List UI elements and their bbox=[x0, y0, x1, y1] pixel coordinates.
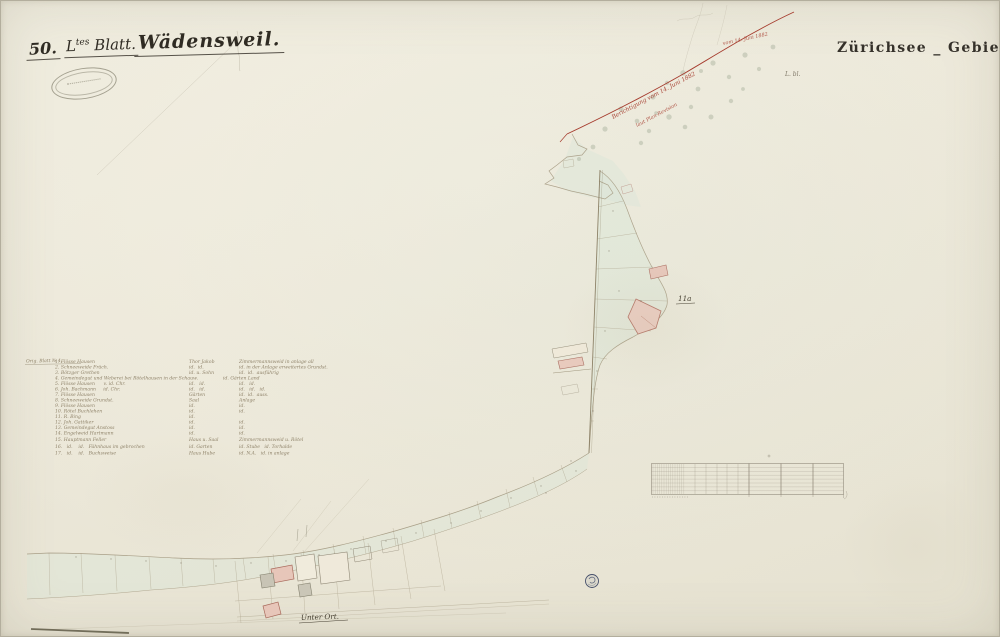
legend-row-right: id. bbox=[239, 409, 245, 415]
legend-row-name: 9. Flösse Hausen bbox=[55, 403, 95, 409]
region-title-text: Zürichsee _ Gebiet № bbox=[837, 40, 1000, 56]
parcel-label-11a: 11a bbox=[678, 294, 691, 303]
legend-row-right: id. bbox=[239, 425, 245, 431]
legend-row-right: id. in der Anlage erweitertes Grundst. bbox=[239, 365, 328, 371]
seal-stamp-icon bbox=[586, 575, 599, 588]
legend-list: Orig. Blatt № 4. 1. Flösse HausenThor Ja… bbox=[25, 358, 328, 457]
legend-row-mid: Haus u. Saal bbox=[188, 437, 219, 443]
legend-row-right: Zimmermannsweid in anlage all bbox=[238, 359, 314, 365]
red-correction-date-note: vom 14. Juni 1882 bbox=[722, 32, 768, 47]
series-superscript: tes bbox=[76, 37, 90, 47]
region-title: Zürichsee _ Gebiet №4. bbox=[837, 33, 1000, 57]
legend-row-mid: Thor Jakob bbox=[189, 359, 215, 365]
legend-row-mid: id. id. bbox=[189, 387, 206, 393]
legend-row-mid: id. bbox=[189, 403, 195, 409]
legend-row-right: id. bbox=[239, 431, 245, 437]
series-initial: L bbox=[66, 37, 77, 55]
series-rest: Blatt. bbox=[89, 35, 136, 55]
legend-row-mid: Saal bbox=[189, 398, 200, 404]
legend-row-right: id. id. auss. bbox=[239, 392, 269, 398]
legend-row-name: 8. Schneeweide Grundst. bbox=[55, 398, 114, 404]
legend-row-name: 5. Flösse Hausen v. id. Chr. bbox=[55, 381, 126, 387]
legend-row-name: 10. Rötel Buchlehen bbox=[55, 409, 102, 415]
sheet-series-label: Ltes Blatt. bbox=[64, 35, 139, 59]
legend-row-right: id. bbox=[239, 403, 245, 409]
place-name: Wädensweil. bbox=[134, 28, 285, 57]
legend-row-mid: id. bbox=[189, 409, 195, 415]
village-label-unter-ort: Unter Ort. bbox=[301, 612, 339, 622]
legend-row-name: 15. Hauptmann Feller bbox=[55, 437, 107, 443]
legend-row-name: 6. Joh. Bachmann id. Chr. bbox=[55, 387, 121, 393]
hill-note-label: L. bl. bbox=[784, 71, 801, 78]
legend-row-name: 14. Engelweid Hartmann bbox=[55, 431, 114, 437]
legend-row-mid: id. bbox=[189, 420, 195, 426]
legend-row-mid: id. Gärten Land bbox=[223, 376, 260, 382]
legend-row-right: id. id. id. bbox=[239, 387, 266, 393]
legend-row-right: id. Stube id. Torhalde bbox=[239, 444, 292, 450]
legend-row-name: 17. id. id. Buchsweise bbox=[55, 451, 116, 457]
legend-row-name: 4. Gemeindegut und Weberei bei Rötelhaus… bbox=[54, 376, 198, 382]
legend-row-name: 13. Gemeindegut Anstoss bbox=[55, 425, 115, 431]
legend-row-mid: Haus Hube bbox=[188, 451, 215, 457]
legend-row-right: Zimmermannsweid u. Rötel bbox=[238, 437, 304, 443]
map-canvas: Berichtigung vom 14. Juni 1882 laut Plan… bbox=[1, 1, 1000, 637]
legend-row-mid: id. bbox=[189, 425, 195, 431]
red-correction-line: Berichtigung vom 14. Juni 1882 laut Plan… bbox=[560, 12, 794, 142]
legend-row-name: 7. Flösse Hausen bbox=[55, 392, 95, 398]
legend-row-mid: Gärten bbox=[189, 392, 205, 398]
pencil-marks bbox=[97, 3, 727, 175]
legend-row-mid: id. id. bbox=[189, 381, 206, 387]
legend-row-name: 1. Flösse Hausen bbox=[55, 359, 95, 365]
scanned-map-sheet: Berichtigung vom 14. Juni 1882 laut Plan… bbox=[0, 0, 1000, 637]
legend-row-mid: id. Garten bbox=[189, 444, 212, 450]
legend-row-right: id. id. ausführig bbox=[239, 370, 279, 376]
tree-symbols bbox=[577, 45, 775, 161]
legend-row-mid: id. bbox=[189, 414, 195, 420]
legend-row-name: 2. Schneeweide Fräch. bbox=[54, 365, 109, 371]
water-parcel-tint bbox=[27, 137, 667, 599]
legend-row-name: 3. Bötzger Grethen bbox=[55, 370, 100, 376]
legend-row-name: 12. Joh. Gattiker bbox=[55, 420, 94, 426]
legend-row-right: id. id. bbox=[239, 381, 256, 387]
legend-row-name: 16. id. id. Fähnhaus im gebrochen bbox=[55, 444, 145, 450]
legend-row-right: id. N.A. id. in anlage bbox=[239, 451, 290, 457]
legend-row-name: 11. R. Bing bbox=[55, 414, 81, 420]
survey-dots bbox=[75, 210, 769, 566]
legend-row-right: id. bbox=[239, 420, 245, 426]
legend-row-mid: id. id. bbox=[189, 365, 204, 371]
legend-row-right: Anlage bbox=[238, 398, 255, 404]
sheet-number: 50. bbox=[25, 38, 60, 61]
scale-bar bbox=[652, 454, 848, 499]
legend-row-mid: id. u. Sohn bbox=[189, 370, 214, 376]
legend-row-mid: id. bbox=[189, 431, 195, 437]
